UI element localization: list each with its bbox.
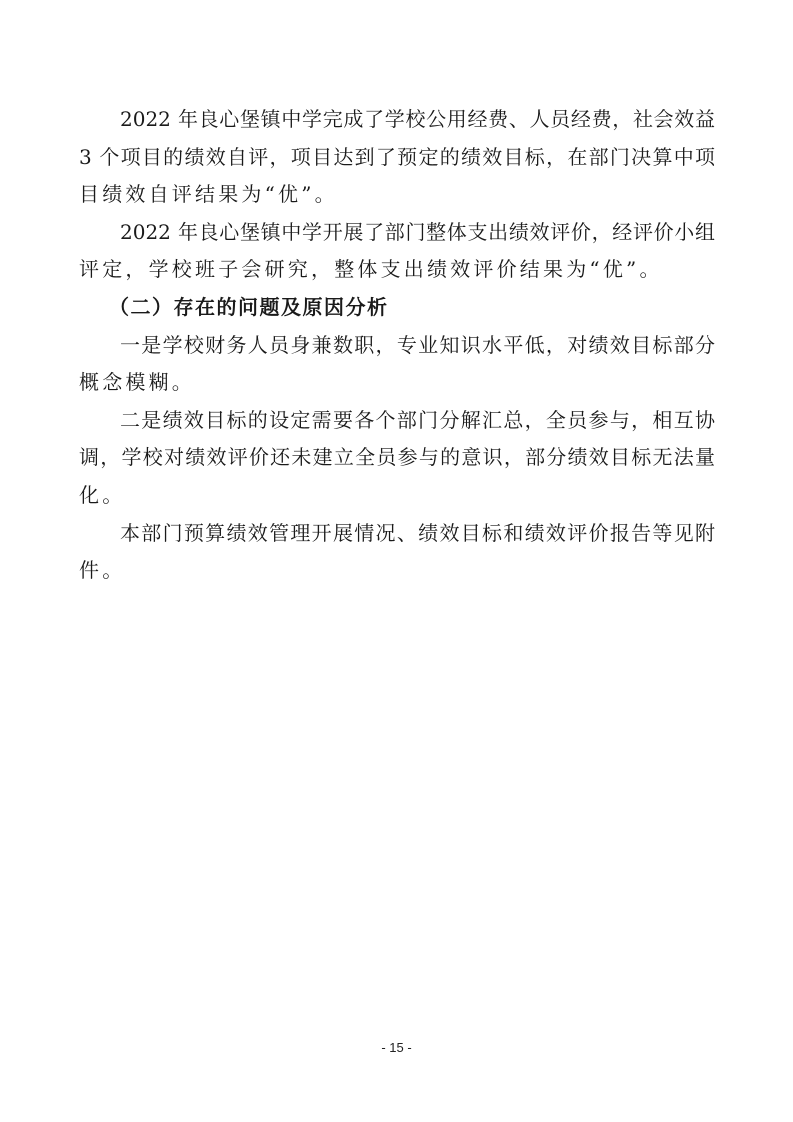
text-line: 2022 年良心堡镇中学完成了学校公用经费、人员经费，社会效益 bbox=[79, 101, 715, 139]
text-line: 化。 bbox=[79, 477, 715, 515]
page-number: - 15 - bbox=[0, 1040, 793, 1055]
section-heading: （二）存在的问题及原因分析 bbox=[79, 289, 715, 327]
text-line: 二是绩效目标的设定需要各个部门分解汇总，全员参与，相互协 bbox=[79, 402, 715, 440]
document-body: 2022 年良心堡镇中学完成了学校公用经费、人员经费，社会效益 3 个项目的绩效… bbox=[79, 101, 715, 590]
document-page: 2022 年良心堡镇中学完成了学校公用经费、人员经费，社会效益 3 个项目的绩效… bbox=[0, 0, 793, 1122]
text-line: 2022 年良心堡镇中学开展了部门整体支出绩效评价，经评价小组 bbox=[79, 214, 715, 252]
text-line: 件。 bbox=[79, 552, 715, 590]
paragraph-attachment-note: 本部门预算绩效管理开展情况、绩效目标和绩效评价报告等见附 件。 bbox=[79, 515, 715, 590]
heading-problems-analysis: （二）存在的问题及原因分析 bbox=[79, 289, 715, 327]
paragraph-problem-one: 一是学校财务人员身兼数职，专业知识水平低，对绩效目标部分 概念模糊。 bbox=[79, 327, 715, 402]
text-line: 目绩效自评结果为“优”。 bbox=[79, 176, 715, 214]
text-line: 概念模糊。 bbox=[79, 364, 715, 402]
text-line: 调，学校对绩效评价还未建立全员参与的意识，部分绩效目标无法量 bbox=[79, 439, 715, 477]
text-line: 本部门预算绩效管理开展情况、绩效目标和绩效评价报告等见附 bbox=[79, 515, 715, 553]
text-line: 一是学校财务人员身兼数职，专业知识水平低，对绩效目标部分 bbox=[79, 327, 715, 365]
paragraph-self-evaluation: 2022 年良心堡镇中学完成了学校公用经费、人员经费，社会效益 3 个项目的绩效… bbox=[79, 101, 715, 214]
paragraph-problem-two: 二是绩效目标的设定需要各个部门分解汇总，全员参与，相互协 调，学校对绩效评价还未… bbox=[79, 402, 715, 515]
text-line: 评定，学校班子会研究，整体支出绩效评价结果为“优”。 bbox=[79, 251, 715, 289]
text-line: 3 个项目的绩效自评，项目达到了预定的绩效目标，在部门决算中项 bbox=[79, 139, 715, 177]
paragraph-overall-evaluation: 2022 年良心堡镇中学开展了部门整体支出绩效评价，经评价小组 评定，学校班子会… bbox=[79, 214, 715, 289]
